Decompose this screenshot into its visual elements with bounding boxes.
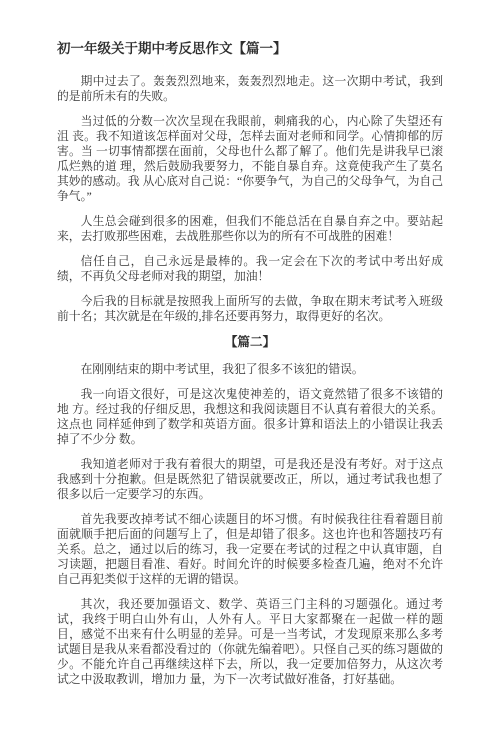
essay-paragraph: 期中过去了。轰轰烈烈地来，轰轰烈烈地走。这一次期中考试，我到的是前所未有的失败。 — [57, 74, 443, 104]
essay-paragraph: 其次，我还要加强语文、数学、英语三门主科的习题强化。通过考试，我终于明白山外有山… — [57, 597, 443, 687]
essay-title: 初一年级关于期中考反思作文【篇一】 — [57, 40, 443, 57]
document-page: 初一年级关于期中考反思作文【篇一】 期中过去了。轰轰烈烈地来，轰轰烈烈地走。这一… — [0, 0, 500, 734]
essay-paragraph: 我一向语文很好，可是这次鬼使神差的，语文竟然错了很多不该错的地 方。经过我的仔细… — [57, 387, 443, 447]
essay-paragraph: 我知道老师对于我有着很大的期望，可是我还是没有考好。对于这点我感到十分抱歉。但是… — [57, 457, 443, 502]
essay-paragraph: 当过低的分数一次次呈现在我眼前，刺痛我的心，内心除了失望还有沮 丧。我不知道该怎… — [57, 114, 443, 204]
essay-paragraph: 今后我的目标就是按照我上面所写的去做，争取在期末考试考入班级前十名；其次就是在年… — [57, 294, 443, 324]
essay-paragraph: 信任自己，自己永远是最棒的。我一定会在下次的考试中考出好成绩，不再负父母老师对我… — [57, 254, 443, 284]
essay-paragraph: 在刚刚结束的期中考试里，我犯了很多不该犯的错误。 — [57, 362, 443, 377]
essay-section-2: 在刚刚结束的期中考试里，我犯了很多不该犯的错误。 我一向语文很好，可是这次鬼使神… — [57, 362, 443, 687]
essay-paragraph: 首先我要改掉考试不细心读题目的坏习惯。有时候我往往看着题目前面就顺手把后面的问题… — [57, 512, 443, 587]
essay-paragraph: 人生总会碰到很多的困难，但我们不能总活在自暴自弃之中。要站起来，去打败那些困难，… — [57, 214, 443, 244]
essay-section-1: 期中过去了。轰轰烈烈地来，轰轰烈烈地走。这一次期中考试，我到的是前所未有的失败。… — [57, 74, 443, 324]
section-2-heading: 【篇二】 — [57, 334, 443, 350]
